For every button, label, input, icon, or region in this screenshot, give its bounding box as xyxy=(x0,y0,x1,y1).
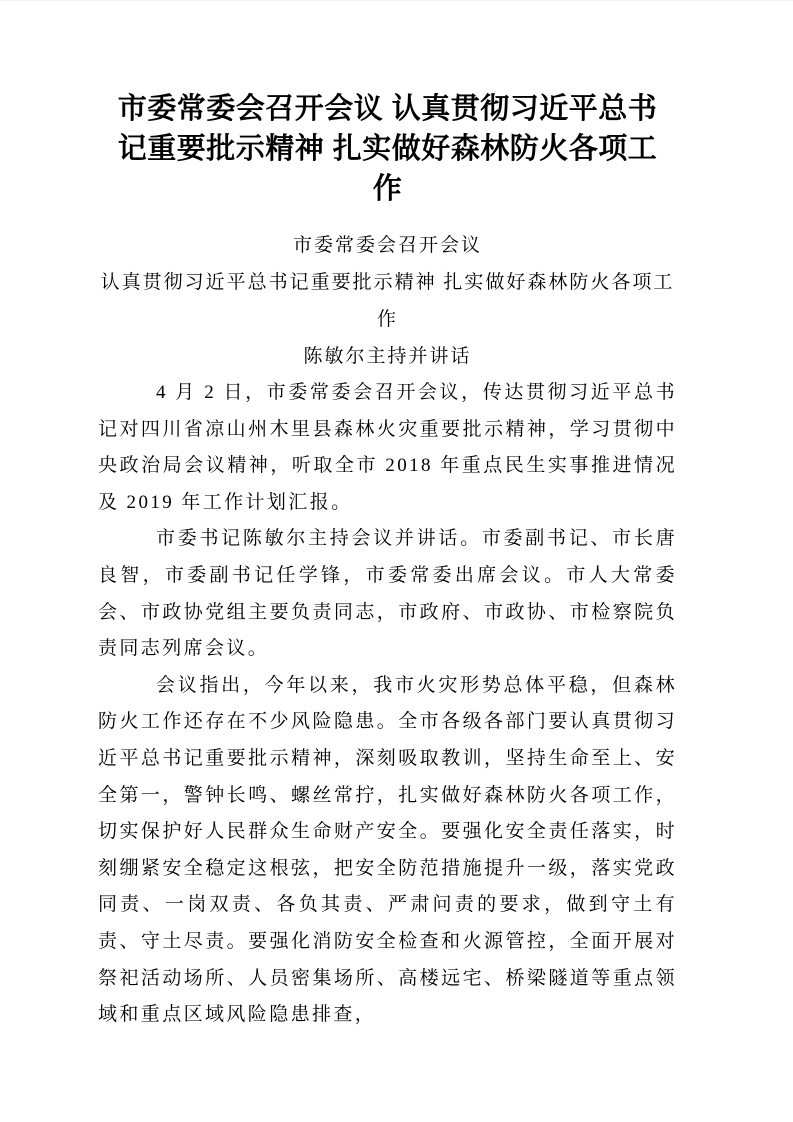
subtitle-line-3: 作 xyxy=(98,301,677,338)
document-page: 市委常委会召开会议 认真贯彻习近平总书 记重要批示精神 扎实做好森林防火各项工 … xyxy=(0,0,793,1122)
document-subtitle: 市委常委会召开会议 认真贯彻习近平总书记重要批示精神 扎实做好森林防火各项工 作… xyxy=(98,227,677,375)
title-line-2: 记重要批示精神 扎实做好森林防火各项工 xyxy=(98,129,677,169)
document-body: 4 月 2 日，市委常委会召开会议，传达贯彻习近平总书记对四川省凉山州木里县森林… xyxy=(98,375,677,1034)
paragraph-meeting-remarks: 会议指出，今年以来，我市火灾形势总体平稳，但森林防火工作还存在不少风险隐患。全市… xyxy=(98,668,677,1034)
title-line-1: 市委常委会召开会议 认真贯彻习近平总书 xyxy=(98,89,677,129)
document-title: 市委常委会召开会议 认真贯彻习近平总书 记重要批示精神 扎实做好森林防火各项工 … xyxy=(98,89,677,209)
document-content: 市委常委会召开会议 认真贯彻习近平总书 记重要批示精神 扎实做好森林防火各项工 … xyxy=(98,1,677,1034)
title-line-3: 作 xyxy=(98,169,677,209)
paragraph-meeting-summary: 4 月 2 日，市委常委会召开会议，传达贯彻习近平总书记对四川省凉山州木里县森林… xyxy=(98,375,677,521)
paragraph-attendees: 市委书记陈敏尔主持会议并讲话。市委副书记、市长唐良智，市委副书记任学锋，市委常委… xyxy=(98,521,677,667)
subtitle-line-2: 认真贯彻习近平总书记重要批示精神 扎实做好森林防火各项工 xyxy=(98,264,677,301)
subtitle-speaker-line: 陈敏尔主持并讲话 xyxy=(98,338,677,375)
subtitle-line-1: 市委常委会召开会议 xyxy=(98,227,677,264)
